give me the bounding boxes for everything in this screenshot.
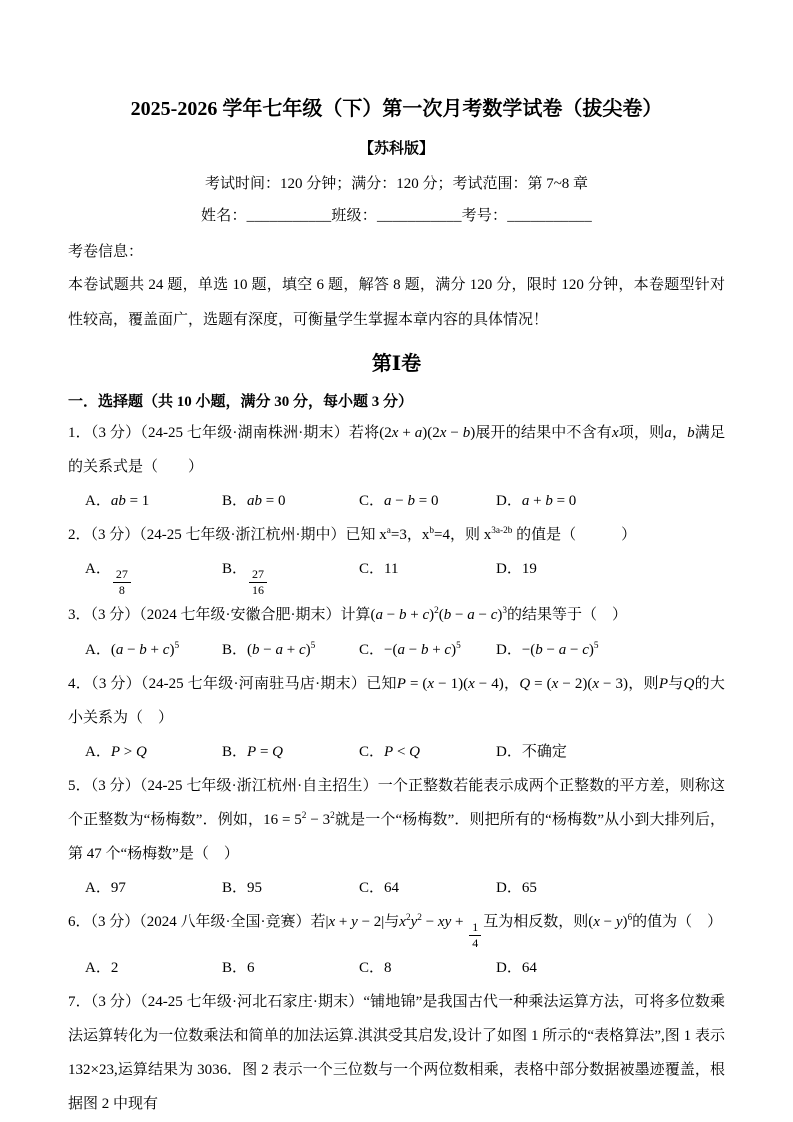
option: A．(a − b + c)5 [85, 633, 222, 667]
option: C．11 [359, 552, 496, 586]
option: D．−(b − a − c)5 [496, 633, 607, 667]
question-stem: 3．（3 分）（2024 七年级·安徽合肥·期末）计算(a − b + c)2(… [68, 598, 725, 632]
option: A．ab = 1 [85, 484, 222, 518]
option: C．8 [359, 951, 496, 985]
option: C．−(a − b + c)5 [359, 633, 496, 667]
option: D．不确定 [496, 735, 575, 769]
info-heading: 考卷信息： [68, 242, 725, 263]
question: 2．（3 分）（24-25 七年级·浙江杭州·期中）已知 xa=3，xb=4，则… [68, 518, 725, 598]
option: B．(b − a + c)5 [222, 633, 359, 667]
exam-meta-line: 考试时间：120 分钟；满分：120 分；考试范围：第 7~8 章 [68, 175, 725, 193]
question: 1．（3 分）（24-25 七年级·湖南株洲·期末）若将(2x + a)(2x … [68, 416, 725, 518]
option: C．a − b = 0 [359, 484, 496, 518]
option: B．ab = 0 [222, 484, 359, 518]
question: 4．（3 分）（24-25 七年级·河南驻马店·期末）已知P = (x − 1)… [68, 667, 725, 769]
option: A．97 [85, 871, 222, 905]
option: A．P > Q [85, 735, 222, 769]
option: B．2716 [222, 552, 359, 598]
option: D．64 [496, 951, 545, 985]
info-body: 本卷试题共 24 题，单选 10 题，填空 6 题，解答 8 题，满分 120 … [68, 268, 725, 338]
exam-page: 2025-2026 学年七年级（下）第一次月考数学试卷（拔尖卷） 【苏科版】 考… [0, 0, 793, 1122]
name-class-id-line: 姓名：___________班级：___________考号：_________… [68, 207, 725, 225]
question-stem: 1．（3 分）（24-25 七年级·湖南株洲·期末）若将(2x + a)(2x … [68, 416, 725, 484]
options-row: A．2B．6C．8D．64 [68, 951, 725, 985]
option: D．a + b = 0 [496, 484, 584, 518]
question: 7．（3 分）（24-25 七年级·河北石家庄·期末）“铺地锦”是我国古代一种乘… [68, 985, 725, 1121]
question-stem: 2．（3 分）（24-25 七年级·浙江杭州·期中）已知 xa=3，xb=4，则… [68, 518, 725, 552]
options-row: A．97B．95C．64D．65 [68, 871, 725, 905]
option: A．2 [85, 951, 222, 985]
question-stem: 6．（3 分）（2024 八年级·全国·竞赛）若|x + y − 2|与x2y2… [68, 905, 725, 951]
option: B．6 [222, 951, 359, 985]
option: D．65 [496, 871, 545, 905]
option: D．19 [496, 552, 545, 586]
option: C．P < Q [359, 735, 496, 769]
section-title: 一．选择题（共 10 小题，满分 30 分，每小题 3 分） [68, 389, 725, 416]
question-stem: 5．（3 分）（24-25 七年级·浙江杭州·自主招生）一个正整数若能表示成两个… [68, 769, 725, 871]
exam-title: 2025-2026 学年七年级（下）第一次月考数学试卷（拔尖卷） [68, 96, 725, 123]
question: 6．（3 分）（2024 八年级·全国·竞赛）若|x + y − 2|与x2y2… [68, 905, 725, 985]
question: 5．（3 分）（24-25 七年级·浙江杭州·自主招生）一个正整数若能表示成两个… [68, 769, 725, 905]
question-list: 1．（3 分）（24-25 七年级·湖南株洲·期末）若将(2x + a)(2x … [68, 416, 725, 1122]
option: A．278 [85, 552, 222, 598]
edition-label: 【苏科版】 [68, 140, 725, 158]
option: B．P = Q [222, 735, 359, 769]
question-stem: 7．（3 分）（24-25 七年级·河北石家庄·期末）“铺地锦”是我国古代一种乘… [68, 985, 725, 1121]
options-row: A．(a − b + c)5B．(b − a + c)5C．−(a − b + … [68, 633, 725, 667]
part-title: 第Ⅰ卷 [68, 347, 725, 382]
options-row: A．P > QB．P = QC．P < QD．不确定 [68, 735, 725, 769]
options-row: A．ab = 1B．ab = 0C．a − b = 0D．a + b = 0 [68, 484, 725, 518]
question: 3．（3 分）（2024 七年级·安徽合肥·期末）计算(a − b + c)2(… [68, 598, 725, 666]
option: C．64 [359, 871, 496, 905]
options-row: A．278B．2716C．11D．19 [68, 552, 725, 598]
question-stem: 4．（3 分）（24-25 七年级·河南驻马店·期末）已知P = (x − 1)… [68, 667, 725, 735]
option: B．95 [222, 871, 359, 905]
